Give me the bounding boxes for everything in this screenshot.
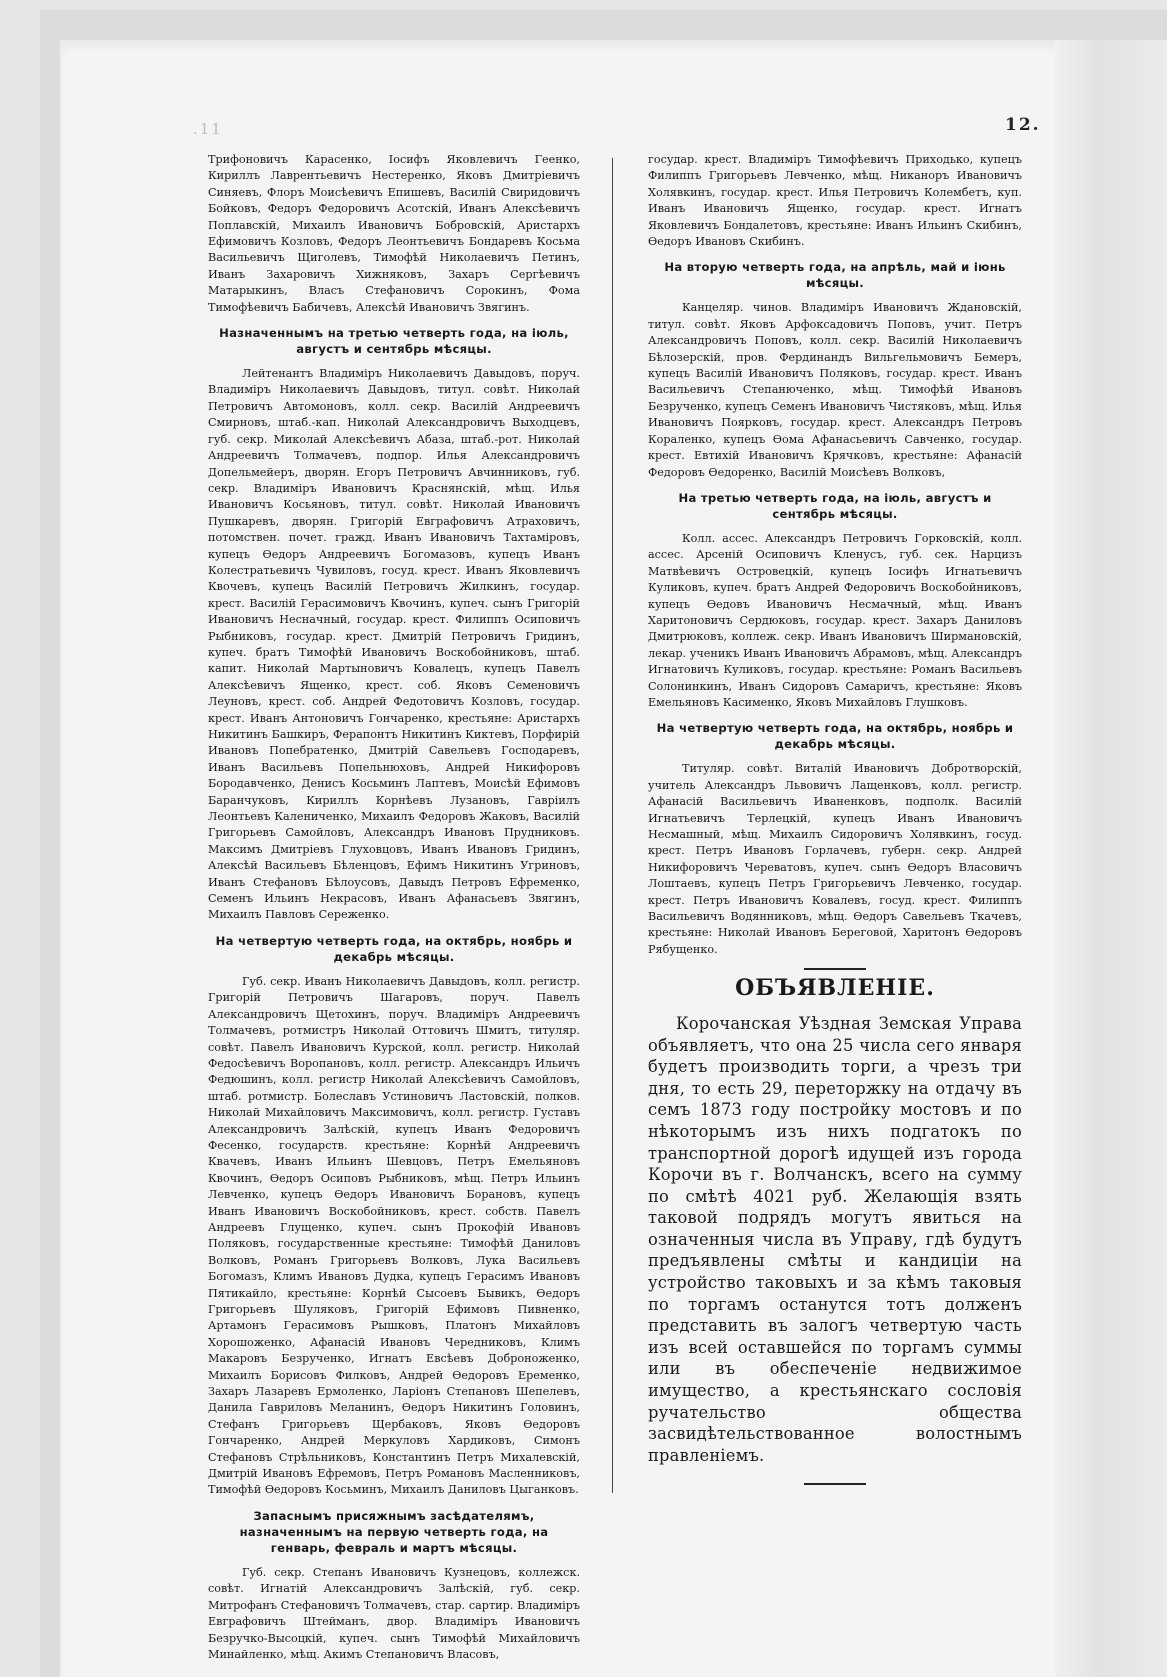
- announcement-body: Корочанская Уѣздная Земская Управа объяв…: [648, 1013, 1022, 1466]
- left-intro-paragraph: Трифоновичъ Карасенко, Іосифъ Яковлевичъ…: [208, 152, 580, 316]
- section-text-second-quarter: Канцеляр. чинов. Владиміръ Ивановичъ Жда…: [648, 300, 1022, 480]
- section-heading-second-quarter: На вторую четверть года, на апрѣль, май …: [648, 259, 1022, 291]
- right-column: государ. крест. Владиміръ Тимофѣевичъ Пр…: [648, 152, 1022, 1485]
- announcement-divider-bottom: [804, 1483, 866, 1485]
- page-number: 12.: [1005, 115, 1041, 135]
- section-heading-third-quarter-right: На третью четверть года, на іюль, август…: [648, 490, 1022, 522]
- section-heading-third-quarter: Назначеннымъ на третью четверть года, на…: [208, 325, 580, 357]
- page-edge-shadow: [1055, 40, 1167, 1677]
- left-column: Трифоновичъ Карасенко, Іосифъ Яковлевичъ…: [208, 152, 580, 1663]
- section-text-third-quarter: Лейтенантъ Владиміръ Николаевичъ Давыдов…: [208, 366, 580, 924]
- section-text-fourth-quarter-right: Титуляр. совѣт. Виталій Ивановичъ Доброт…: [648, 761, 1022, 958]
- section-heading-fourth-quarter-right: На четвертую четверть года, на октябрь, …: [648, 720, 1022, 752]
- section-heading-fourth-quarter: На четвертую четверть года, на октябрь, …: [208, 933, 580, 965]
- announcement-title: ОБЪЯВЛЕНІЕ.: [648, 980, 1022, 996]
- section-text-fourth-quarter: Губ. секр. Иванъ Николаевичъ Давыдовъ, к…: [208, 974, 580, 1499]
- announcement-divider-top: [804, 968, 866, 970]
- faded-page-number: .11: [193, 120, 223, 138]
- section-heading-reserve-jurors: Запаснымъ присяжнымъ засѣдателямъ, назна…: [208, 1508, 580, 1556]
- section-text-reserve-jurors: Губ. секр. Степанъ Ивановичъ Кузнецовъ, …: [208, 1565, 580, 1663]
- right-intro-paragraph: государ. крест. Владиміръ Тимофѣевичъ Пр…: [648, 152, 1022, 250]
- section-text-third-quarter-right: Колл. ассес. Александръ Петровичъ Горков…: [648, 531, 1022, 711]
- column-divider: [612, 158, 613, 1493]
